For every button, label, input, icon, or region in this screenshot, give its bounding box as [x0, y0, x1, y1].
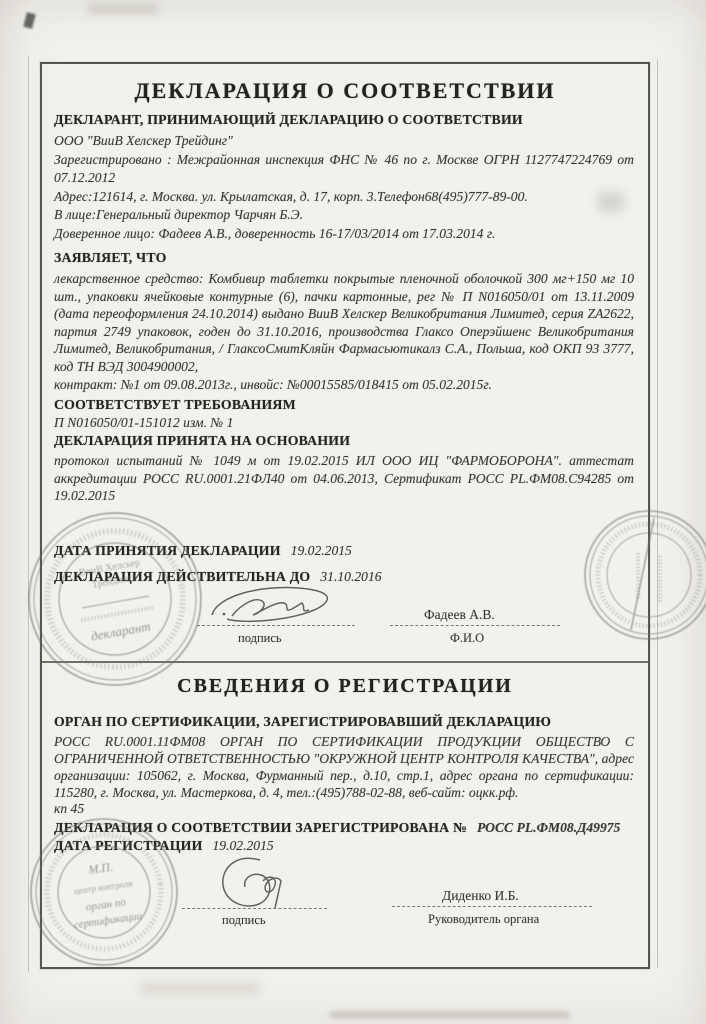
svg-text:декларант: декларант: [90, 618, 152, 643]
fio-caption: Ф.И.О: [450, 631, 484, 646]
scan-artifact: [140, 982, 260, 994]
signature-line-1: [197, 625, 355, 626]
contract-line: контракт: №1 от 09.08.2013г., инвойс: №0…: [54, 377, 634, 393]
mp-stamp: М.П. центр контроля орган по сертификаци…: [28, 816, 180, 968]
scanned-declaration-page: ДЕКЛАРАЦИЯ О СООТВЕТСТВИИ ДЕКЛАРАНТ, ПРИ…: [0, 0, 706, 1024]
basis-heading: ДЕКЛАРАЦИЯ ПРИНЯТА НА ОСНОВАНИИ: [54, 433, 634, 449]
registration-date-value: 19.02.2015: [213, 838, 274, 853]
signature-didenko: [214, 852, 309, 914]
fio-line-2: [392, 906, 592, 907]
page-title: ДЕКЛАРАЦИЯ О СООТВЕТСТВИИ: [42, 78, 648, 104]
declarant-director: В лице:Генеральный директор Чарчян Б.Э.: [54, 206, 634, 225]
declares-heading: ЗАЯВЛЯЕТ, ЧТО: [54, 250, 634, 266]
kp-line: кп 45: [54, 801, 634, 817]
product-description: лекарственное средство: Комбивир таблетк…: [54, 270, 634, 375]
complies-value: П N016050/01-151012 изм. № 1: [54, 415, 634, 431]
authority-heading: ОРГАН ПО СЕРТИФИКАЦИИ, ЗАРЕГИСТРИРОВАВШИ…: [54, 714, 634, 730]
signature-caption-2: подпись: [222, 913, 266, 928]
declarant-address: Адрес:121614, г. Москва. ул. Крылатская,…: [54, 188, 634, 207]
declarant-heading: ДЕКЛАРАНТ, ПРИНИМАЮЩИЙ ДЕКЛАРАЦИЮ О СООТ…: [54, 112, 634, 128]
svg-text:ВииВ Хелскер: ВииВ Хелскер: [78, 557, 141, 579]
fio-line-1: [390, 625, 560, 626]
signer-name-2: Диденко И.Б.: [442, 888, 519, 904]
complies-heading: СООТВЕТСТВУЕТ ТРЕБОВАНИЯМ: [54, 397, 634, 413]
registered-number: РОСС PL.ФМ08.Д49975: [477, 820, 620, 835]
svg-text:М.П.: М.П.: [86, 860, 113, 877]
declarant-proxy: Доверенное лицо: Фадеев А.В., довереннос…: [54, 225, 634, 244]
signer-role-2: Руководитель органа: [428, 912, 539, 927]
authority-text: РОСС RU.0001.11ФМ08 ОРГАН ПО СЕРТИФИКАЦИ…: [54, 733, 634, 801]
scan-artifact: [23, 12, 35, 29]
adoption-date-value: 19.02.2015: [291, 543, 352, 558]
signature-caption-1: подпись: [238, 631, 282, 646]
signature-fadeev: [202, 582, 352, 630]
declarant-stamp: ВииВ Хелскер Трейдинг декларант: [26, 510, 204, 688]
signature-line-2: [182, 908, 327, 909]
declarant-registration: Зарегистрировано : Межрайонная инспекция…: [54, 151, 634, 188]
certification-stamp-right: [582, 508, 706, 642]
signer-name-1: Фадеев А.В.: [424, 607, 495, 623]
scan-artifact: [330, 1012, 570, 1018]
svg-text:центр контроля: центр контроля: [73, 878, 133, 896]
svg-text:орган по: орган по: [85, 896, 127, 914]
basis-value: протокол испытаний № 1049 м от 19.02.201…: [54, 452, 634, 505]
declarant-company: ООО "ВииВ Хелскер Трейдинг": [54, 132, 634, 151]
declarant-details: ООО "ВииВ Хелскер Трейдинг" Зарегистриро…: [54, 132, 634, 243]
scan-artifact: [88, 4, 158, 14]
